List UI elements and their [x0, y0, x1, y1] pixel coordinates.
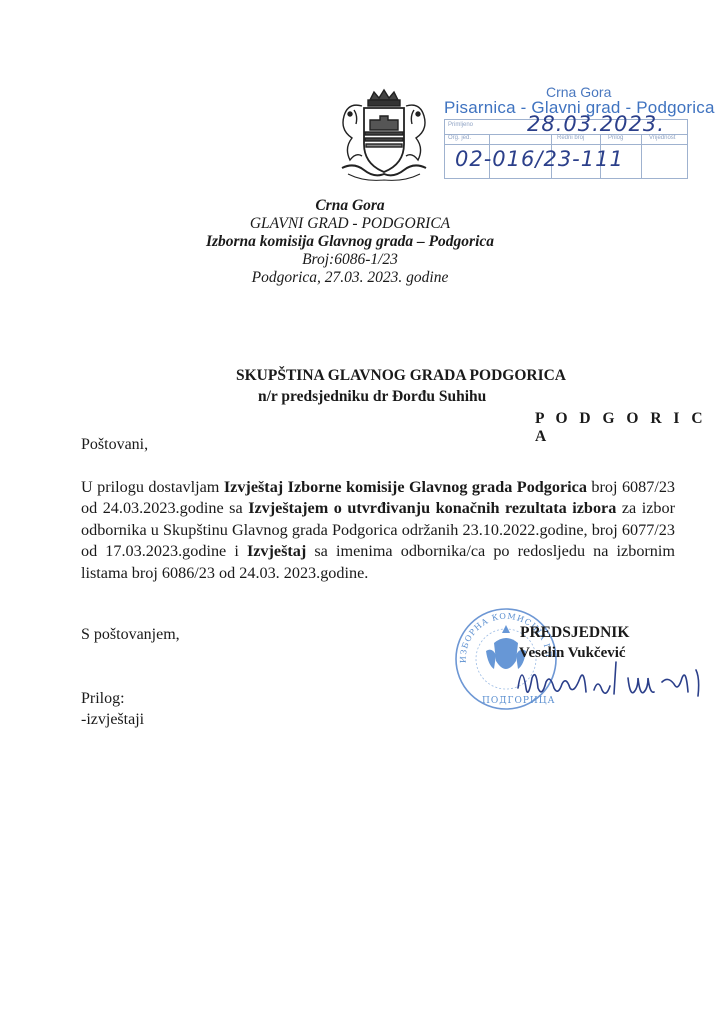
paragraph-segment: Izvještajem o utvrđivanju konačnih rezul… [248, 499, 616, 517]
letter-paragraph: U prilogu dostavljam Izvještaj Izborne k… [81, 477, 675, 584]
header-body: Izborna komisija Glavnog grada – Podgori… [150, 233, 550, 251]
stamp-received-label: Primljeno [448, 122, 473, 128]
paragraph-segment: U prilogu dostavljam [81, 478, 224, 496]
coat-of-arms-icon [334, 86, 434, 184]
header-place-date: Podgorica, 27.03. 2023. godine [150, 269, 550, 287]
closing: S poštovanjem, [81, 624, 180, 645]
recipient-institution: SKUPŠTINA GLAVNOG GRADA PODGORICA [236, 367, 566, 385]
stamp-registry-number: 02-016/23-111 [455, 147, 624, 171]
attachment-label: Prilog: [81, 688, 125, 709]
header-city: GLAVNI GRAD - PODGORICA [150, 215, 550, 233]
paragraph-segment: Izvještaj [247, 542, 306, 560]
stamp-table: Primljeno Org. jed. Redni broj Prilog Vr… [444, 119, 688, 179]
paragraph-segment: Izvještaj Izborne komisije Glavnog grada… [224, 478, 587, 496]
stamp-org-unit-label: Org. jed. [448, 135, 471, 141]
handwritten-signature-icon [510, 648, 710, 708]
recipient-city: P O D G O R I C A [535, 410, 724, 446]
recipient-attention: n/r predsjedniku dr Đorđu Suhihu [258, 388, 486, 406]
header-country: Crna Gora [150, 197, 550, 215]
header-number: Broj:6086-1/23 [150, 251, 550, 269]
salutation: Poštovani, [81, 434, 148, 455]
signatory-title: PREDSJEDNIK [520, 624, 629, 642]
attachment-item: -izvještaji [81, 709, 144, 730]
registry-stamp: Crna Gora Pisarnica - Glavni grad - Podg… [442, 84, 694, 180]
stamp-received-date: 28.03.2023. [527, 112, 665, 136]
